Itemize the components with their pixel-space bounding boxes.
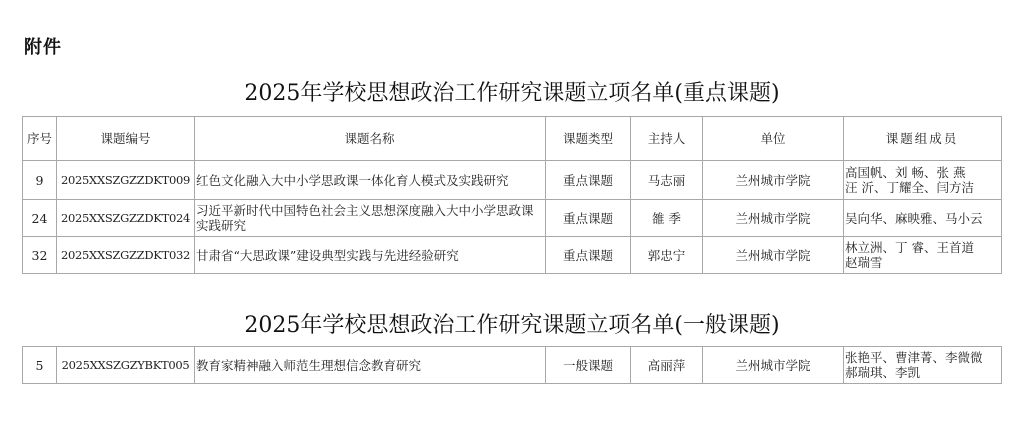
cell-type: 重点课题 xyxy=(546,237,631,274)
cell-code: 2025XXSZGZYBKT005 xyxy=(57,347,195,384)
cell-host: 高丽萍 xyxy=(631,347,703,384)
header-members: 课题组成员 xyxy=(844,117,1002,161)
attachment-label: 附件 xyxy=(24,33,62,59)
cell-name: 甘肃省“大思政课”建设典型实践与先进经验研究 xyxy=(195,237,546,274)
table-row: 5 2025XXSZGZYBKT005 教育家精神融入师范生理想信念教育研究 一… xyxy=(23,347,1002,384)
cell-members: 张艳平、曹津菁、李微微 郝瑞琪、李凯 xyxy=(844,347,1002,384)
cell-seq: 24 xyxy=(23,200,57,237)
table-row: 24 2025XXSZGZZDKT024 习近平新时代中国特色社会主义思想深度融… xyxy=(23,200,1002,237)
cell-host: 郭忠宁 xyxy=(631,237,703,274)
general-projects-title: 2025年学校思想政治工作研究课题立项名单(一般课题) xyxy=(0,308,1024,339)
cell-members: 林立洲、丁 睿、王首道 赵瑞雪 xyxy=(844,237,1002,274)
cell-seq: 9 xyxy=(23,161,57,200)
cell-type: 重点课题 xyxy=(546,200,631,237)
key-projects-title: 2025年学校思想政治工作研究课题立项名单(重点课题) xyxy=(0,76,1024,107)
header-type: 课题类型 xyxy=(546,117,631,161)
header-host: 主持人 xyxy=(631,117,703,161)
cell-unit: 兰州城市学院 xyxy=(703,237,844,274)
members-line: 高国帆、刘 畅、张 燕 xyxy=(845,165,999,180)
cell-unit: 兰州城市学院 xyxy=(703,347,844,384)
cell-seq: 32 xyxy=(23,237,57,274)
cell-host: 马志丽 xyxy=(631,161,703,200)
members-line: 赵瑞雪 xyxy=(845,255,999,270)
cell-code: 2025XXSZGZZDKT024 xyxy=(57,200,195,237)
members-line: 汪 沂、丁耀全、闫方洁 xyxy=(845,180,999,195)
cell-members: 高国帆、刘 畅、张 燕 汪 沂、丁耀全、闫方洁 xyxy=(844,161,1002,200)
table-row: 32 2025XXSZGZZDKT032 甘肃省“大思政课”建设典型实践与先进经… xyxy=(23,237,1002,274)
general-projects-table: 5 2025XXSZGZYBKT005 教育家精神融入师范生理想信念教育研究 一… xyxy=(22,346,1002,384)
cell-name: 习近平新时代中国特色社会主义思想深度融入大中小学思政课实践研究 xyxy=(195,200,546,237)
cell-seq: 5 xyxy=(23,347,57,384)
cell-unit: 兰州城市学院 xyxy=(703,161,844,200)
header-name: 课题名称 xyxy=(195,117,546,161)
header-code: 课题编号 xyxy=(57,117,195,161)
members-line: 郝瑞琪、李凯 xyxy=(845,365,999,380)
table-header-row: 序号 课题编号 课题名称 课题类型 主持人 单位 课题组成员 xyxy=(23,117,1002,161)
header-seq: 序号 xyxy=(23,117,57,161)
header-unit: 单位 xyxy=(703,117,844,161)
cell-host: 雒 季 xyxy=(631,200,703,237)
cell-code: 2025XXSZGZZDKT032 xyxy=(57,237,195,274)
members-line: 林立洲、丁 睿、王首道 xyxy=(845,240,999,255)
cell-type: 一般课题 xyxy=(546,347,631,384)
cell-name: 红色文化融入大中小学思政课一体化育人模式及实践研究 xyxy=(195,161,546,200)
key-projects-table: 序号 课题编号 课题名称 课题类型 主持人 单位 课题组成员 9 2025XXS… xyxy=(22,116,1002,274)
cell-unit: 兰州城市学院 xyxy=(703,200,844,237)
members-line: 张艳平、曹津菁、李微微 xyxy=(845,350,999,365)
cell-members: 吴向华、麻映雅、马小云 xyxy=(844,200,1002,237)
cell-type: 重点课题 xyxy=(546,161,631,200)
table-row: 9 2025XXSZGZZDKT009 红色文化融入大中小学思政课一体化育人模式… xyxy=(23,161,1002,200)
cell-name: 教育家精神融入师范生理想信念教育研究 xyxy=(195,347,546,384)
cell-code: 2025XXSZGZZDKT009 xyxy=(57,161,195,200)
members-line: 吴向华、麻映雅、马小云 xyxy=(845,211,999,226)
